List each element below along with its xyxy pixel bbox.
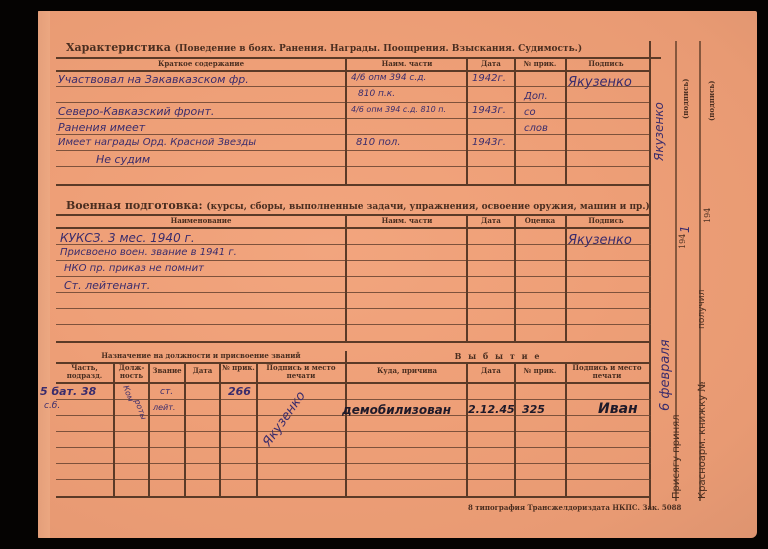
col-header-position: Долж-ность	[115, 364, 148, 380]
rule	[56, 292, 651, 293]
side-year-label: 194	[703, 208, 712, 223]
departure-order: 325	[522, 403, 545, 416]
training-row-name: Присвоено воен. звание в 1941 г.	[60, 247, 237, 258]
divider	[466, 362, 468, 497]
card-edge-shading	[38, 11, 50, 538]
char-row-content: Участвовал на Закавказском фр.	[58, 73, 249, 86]
rule	[56, 463, 651, 464]
training-title-text: Военная подготовка:	[66, 199, 203, 212]
divider	[219, 362, 221, 497]
departure-reason: демобилизован	[342, 403, 451, 417]
col-header-grade: Оценка	[516, 217, 564, 225]
rule	[56, 57, 661, 59]
col-header-unit: Наим. части	[348, 60, 466, 68]
characteristics-title: Характеристика (Поведение в боях. Ранени…	[66, 41, 582, 54]
military-record-card: Характеристика (Поведение в боях. Ранени…	[38, 11, 757, 538]
appointment-order: 266	[228, 385, 251, 398]
divider	[565, 214, 567, 342]
rule	[56, 479, 651, 480]
char-row-signature: Якузенко	[568, 75, 632, 90]
col-header-reason: Куда, причина	[348, 367, 466, 375]
char-row-order: со	[524, 107, 536, 118]
divider	[148, 362, 150, 497]
rule	[56, 341, 651, 343]
rule	[56, 227, 651, 229]
training-title: Военная подготовка: (курсы, сборы, выпол…	[66, 199, 650, 212]
side-oath-date: 6 февраля	[658, 339, 673, 411]
divider	[514, 57, 516, 185]
departure-signature: Иван	[598, 401, 638, 417]
col-header-signature: Подпись и место печати	[566, 364, 648, 380]
rule	[56, 324, 651, 325]
training-row-name: НКО пр. приказ не помнит	[64, 263, 204, 274]
col-header-date: Дата	[468, 217, 514, 225]
rule	[56, 308, 651, 309]
col-header-order: № прик.	[221, 364, 256, 372]
col-header-date: Дата	[468, 367, 514, 375]
divider	[466, 57, 468, 185]
characteristics-title-text: Характеристика	[66, 41, 171, 54]
rule	[56, 86, 651, 87]
side-received-label: получил	[697, 290, 707, 329]
training-subtitle: (курсы, сборы, выполненные задачи, упраж…	[206, 202, 649, 212]
rule	[56, 150, 651, 151]
divider	[184, 362, 186, 497]
training-row-signature: Якузенко	[568, 233, 632, 248]
appointment-position: роты	[133, 398, 149, 421]
divider	[256, 362, 258, 497]
rule	[56, 399, 651, 400]
appointment-rank: ст.	[160, 387, 173, 397]
char-row-unit: 4/6 опм 394 с.д. 810 п.	[351, 105, 446, 114]
divider	[565, 57, 567, 185]
departure-title: В ы б ы т и е	[348, 352, 648, 360]
rule	[56, 118, 651, 119]
col-header-order: № прик.	[516, 367, 564, 375]
appointment-unit: 5 бат. 38	[40, 385, 96, 398]
divider	[345, 57, 347, 185]
footer: 8 типография Трансжелдориздата НКПС. Зак…	[468, 503, 681, 512]
rule	[56, 184, 651, 186]
char-row-date: 1943г.	[472, 105, 506, 116]
char-row-content: Ранения имеет	[58, 121, 145, 134]
col-header-date: Дата	[468, 60, 514, 68]
rule	[56, 431, 651, 432]
side-signature-label: (подпись)	[681, 79, 690, 119]
training-row-name: Ст. лейтенант.	[64, 279, 150, 292]
char-row-unit: 810 п.к.	[358, 89, 395, 99]
characteristics-subtitle: (Поведение в боях. Ранения. Награды. Поо…	[175, 44, 582, 54]
divider	[565, 362, 567, 497]
footer-order-no: Зак. 5088	[642, 503, 681, 512]
rule	[56, 382, 651, 384]
col-header-order: № прик.	[516, 60, 564, 68]
divider	[514, 214, 516, 342]
char-row-content: Имеет награды Орд. Красной Звезды	[58, 137, 256, 148]
char-row-date: 1942г.	[472, 73, 506, 84]
col-header-name: Наименование	[56, 217, 346, 225]
rule	[56, 214, 651, 216]
divider	[649, 41, 651, 509]
appointment-rank: лейт.	[153, 403, 175, 412]
char-row-order: слов	[524, 123, 548, 134]
rule	[56, 166, 651, 167]
side-year-prefix: 194	[678, 234, 687, 249]
rule	[56, 102, 651, 103]
rule	[56, 276, 651, 277]
appointment-unit: с.б.	[44, 401, 60, 411]
side-signature: Якузенко	[652, 102, 666, 161]
col-header-unit: Наим. части	[348, 217, 466, 225]
divider	[466, 214, 468, 342]
col-header-rank: Звание	[150, 367, 184, 375]
rule	[56, 260, 651, 261]
col-header-signature: Подпись и место печати	[258, 364, 344, 380]
side-oath-label: Присягу принял	[671, 414, 682, 499]
rule	[56, 134, 651, 135]
char-row-content: Северо-Кавказский фронт.	[58, 105, 214, 118]
char-row-unit: 4/6 опм 394 с.д.	[351, 73, 426, 83]
char-row-order: Доп.	[524, 91, 548, 102]
col-header-summary: Краткое содержание	[56, 60, 346, 68]
side-signature-label-2: (подпись)	[707, 81, 716, 121]
col-header-signature: Подпись	[566, 217, 646, 225]
col-header-signature: Подпись	[566, 60, 646, 68]
char-row-content: Не судим	[96, 153, 150, 166]
divider	[113, 362, 115, 497]
rule	[56, 70, 651, 72]
char-row-date: 1943г.	[472, 137, 506, 148]
side-book-label: Красноарм. книжку №	[697, 381, 708, 499]
divider	[345, 214, 347, 342]
col-header-date: Дата	[186, 367, 219, 375]
rule	[56, 447, 651, 448]
rule	[56, 496, 651, 498]
departure-date: 2.12.45	[468, 403, 515, 416]
side-year-value: 1	[678, 225, 692, 233]
appointment-signature: Якузенко	[260, 389, 309, 450]
divider	[514, 362, 516, 497]
appointments-title: Назначение на должности и присвоение зва…	[56, 352, 346, 360]
char-row-unit: 810 пол.	[356, 137, 401, 148]
col-header-unit: Часть, подразд.	[56, 364, 113, 380]
training-row-name: КУКСЗ. 3 мес. 1940 г.	[60, 231, 195, 245]
divider	[345, 351, 347, 497]
footer-printer: 8 типография Трансжелдориздата НКПС.	[468, 503, 640, 512]
